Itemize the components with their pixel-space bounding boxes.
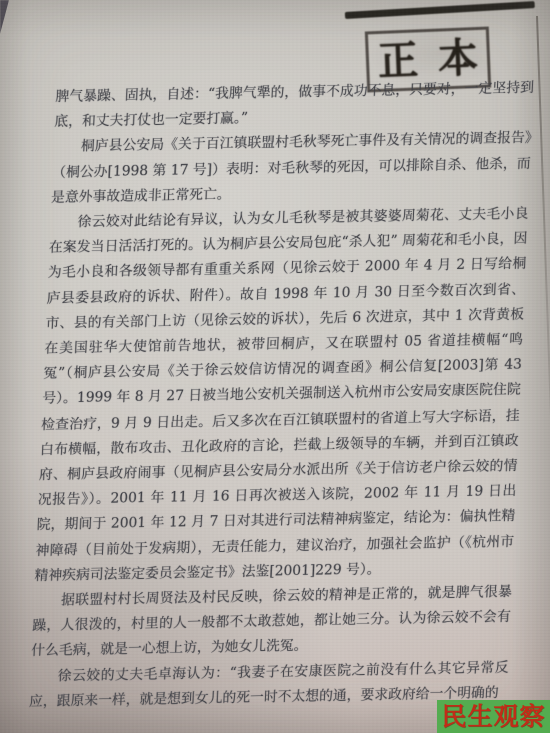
document-paragraph-1: 脾气暴躁、固执，自述：“我脾气犟的，做事不成功不息，只要对，一定坚持到底，和丈夫… <box>54 76 535 136</box>
minsheng-watch-watermark: 民生观察 <box>437 700 550 733</box>
stamp-label: 正本 <box>357 37 498 83</box>
scan-edge-bar <box>345 1 535 18</box>
document-text: 脾气暴躁、固执，自述：“我脾气犟的，做事不成功不息，只要对，一定坚持到底，和丈夫… <box>28 76 534 715</box>
document-photo: 正本 脾气暴躁、固执，自述：“我脾气犟的，做事不成功不息，只要对，一定坚持到底，… <box>0 0 550 733</box>
watermark-label: 民生观察 <box>441 704 545 729</box>
document-paragraph-4: 据联盟村村长周贤法及村民反映，徐云姣的精神是正常的，就是脾气很暴躁，人很泼的，村… <box>31 580 513 665</box>
paper-edge-line <box>536 16 550 536</box>
document-paragraph-2: 桐庐县公安局《关于百江镇联盟村毛秋琴死亡事件及有关情况的调查报告》（桐公办[19… <box>50 126 532 211</box>
document-paragraph-3: 徐云姣对此结论有异议，认为女儿毛秋琴是被其婆婆周菊花、丈夫毛小良在案发当日活活打… <box>34 202 529 589</box>
photo-corner-artifact <box>0 0 9 34</box>
